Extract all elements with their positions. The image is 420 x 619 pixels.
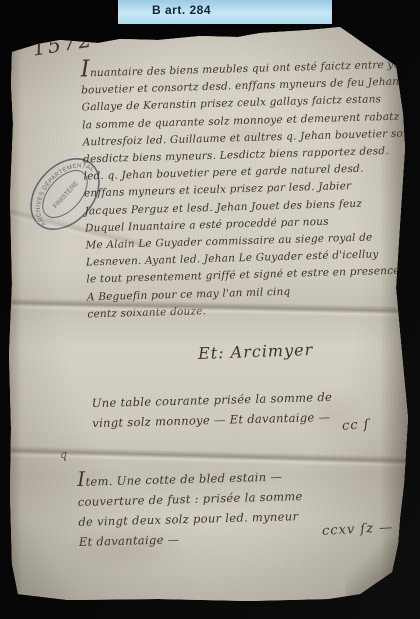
photo-frame: B art. 284 1572 ARCHIVES DÉPARTEMENTALES… (0, 0, 420, 619)
main-text-block: Inuantaire des biens meubles qui ont est… (80, 56, 409, 324)
clerk-signature: Et: Arcimyer (198, 340, 314, 363)
paper-edge-shadow (8, 24, 22, 602)
entry-amount: cc ſ (342, 417, 370, 433)
archive-label: B art. 284 (118, 0, 332, 24)
inventory-entry: Item. Une cotte de bled estain — couvert… (77, 463, 304, 552)
manuscript-page: 1572 ARCHIVES DÉPARTEMENTALES FINISTÈRE … (8, 24, 410, 602)
inventory-entry: Une table courante prisée la somme de vi… (92, 387, 333, 433)
paper-edge-shadow (380, 24, 410, 602)
archive-label-text: B art. 284 (152, 3, 211, 17)
